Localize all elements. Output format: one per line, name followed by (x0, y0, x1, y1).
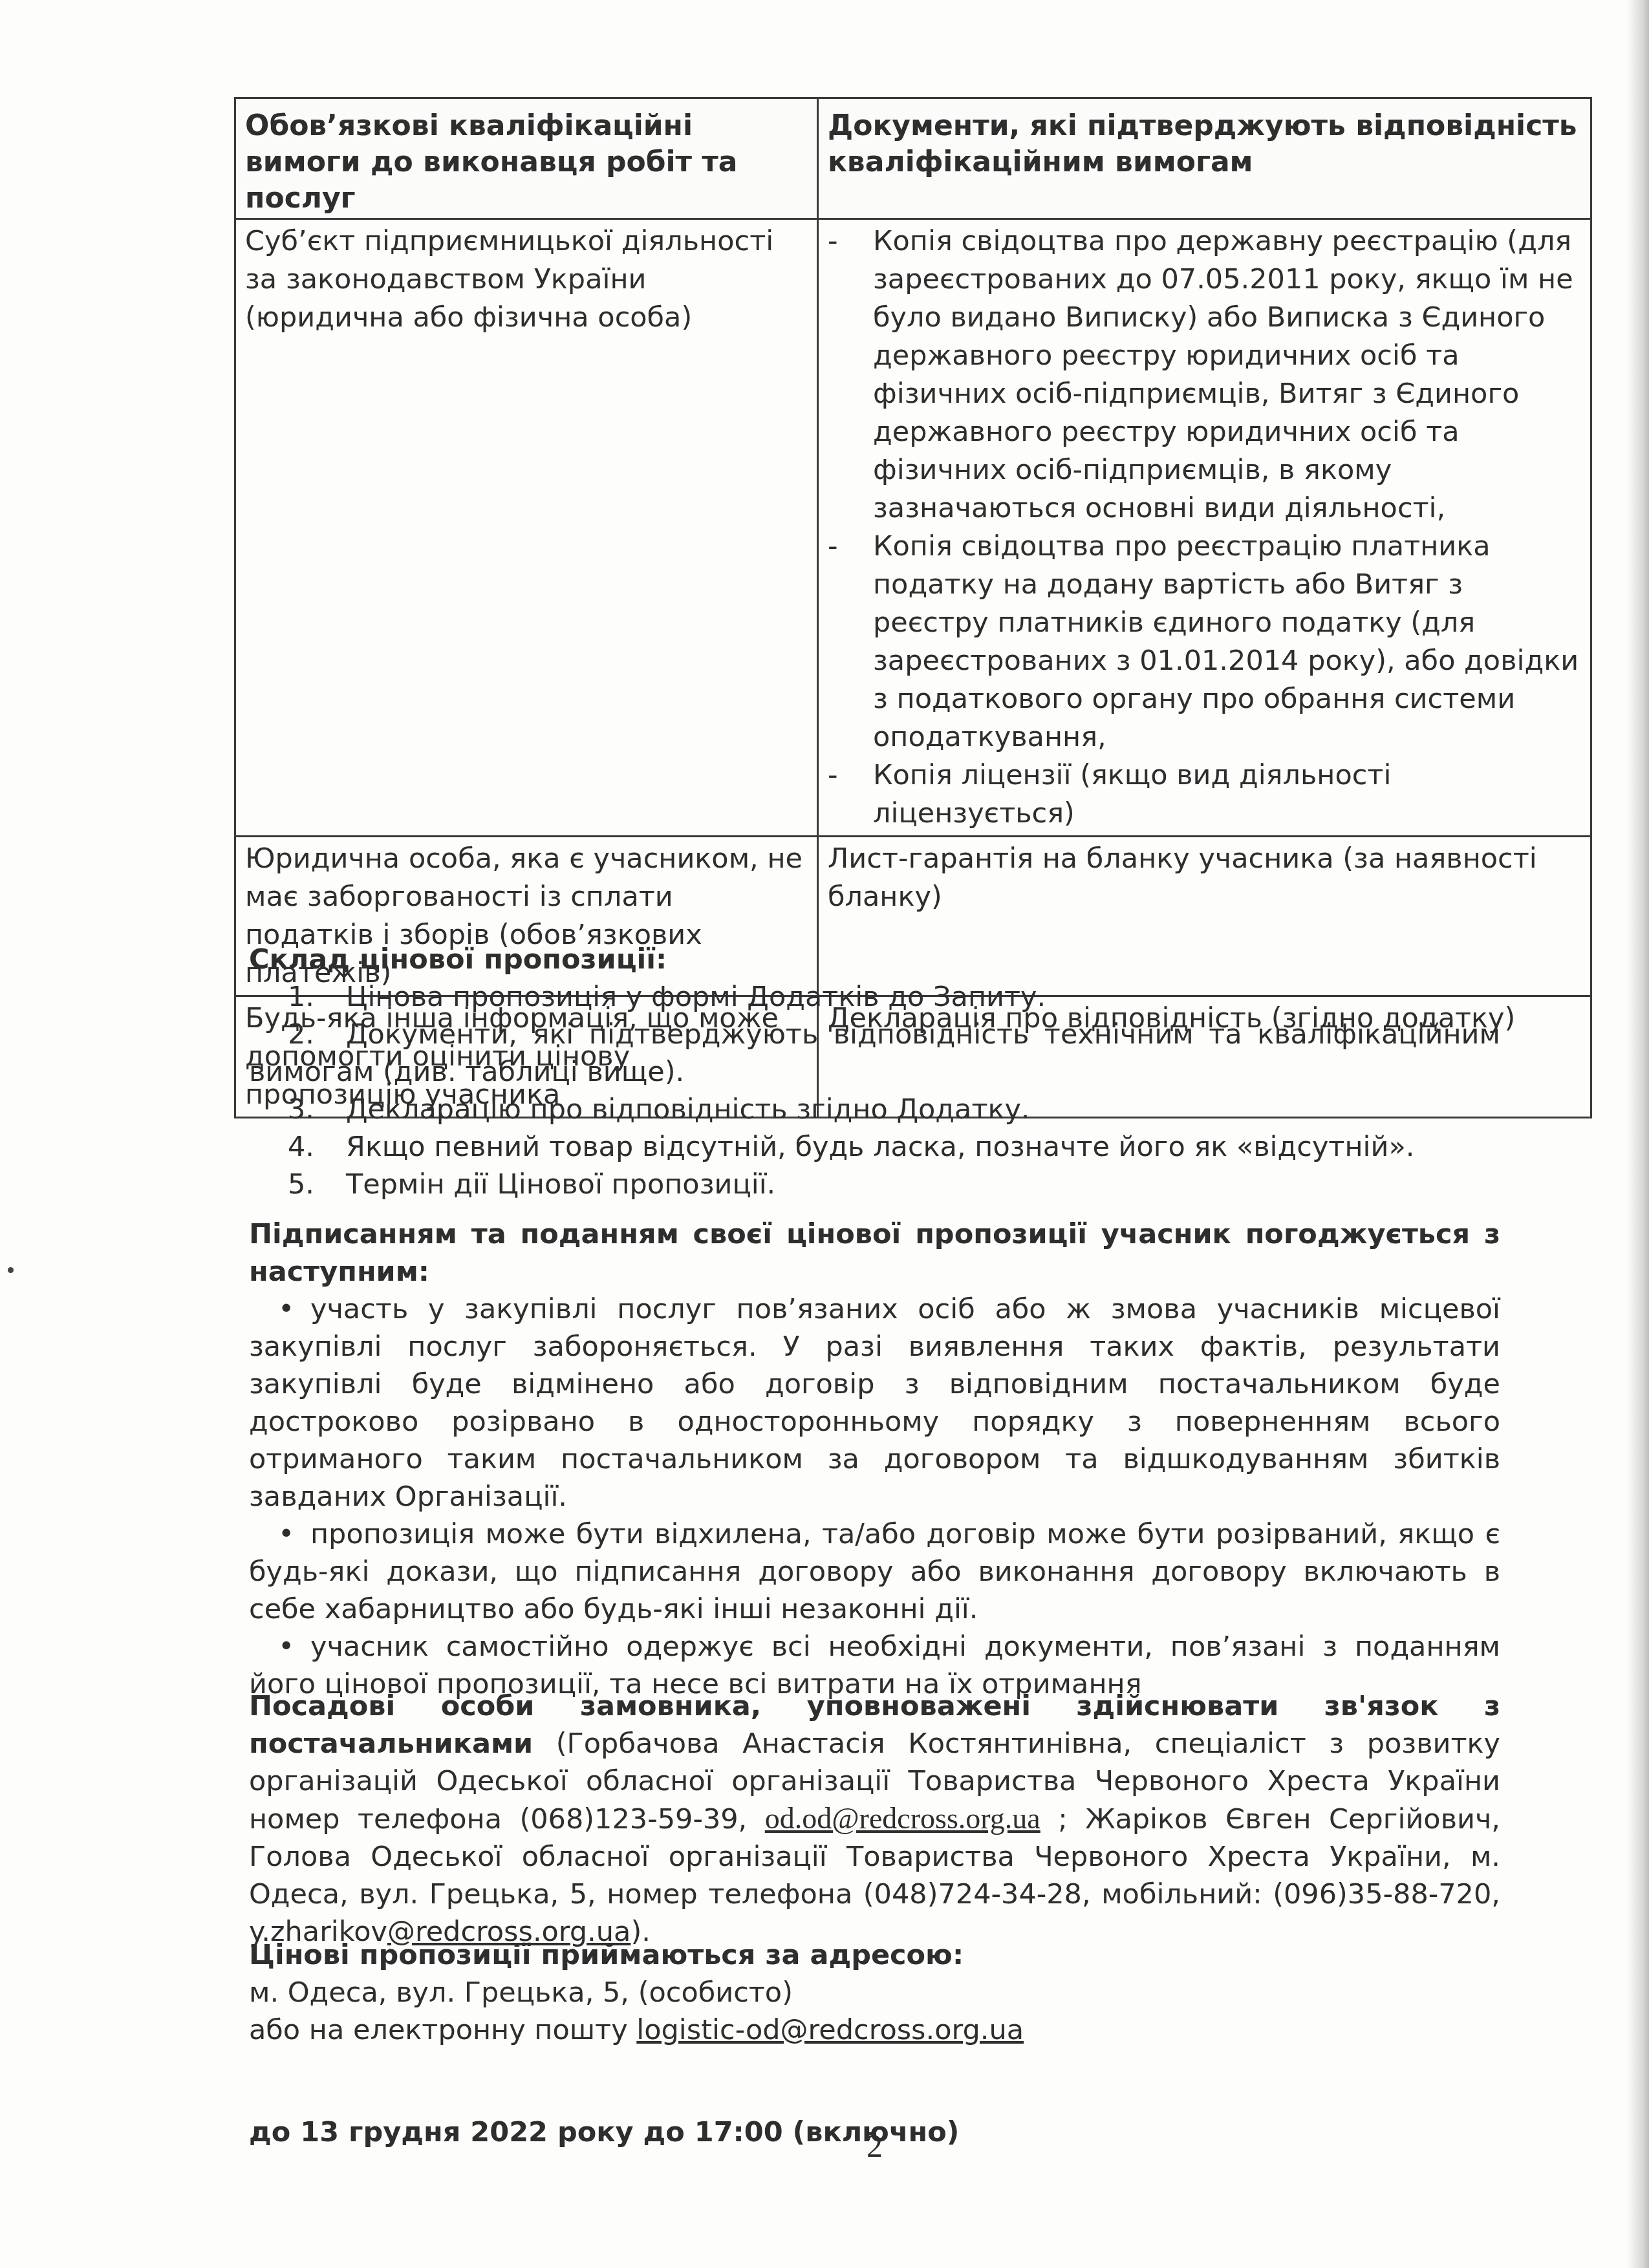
list-item: 2.Документи, які підтверджують відповідн… (249, 1016, 1500, 1091)
submission-address: м. Одеса, вул. Грецька, 5, (особисто) (249, 1974, 1500, 2011)
header-documents: Документи, які підтверджують відповідніс… (818, 98, 1591, 219)
list-item: 3.Декларацію про відповідність згідно До… (249, 1091, 1500, 1128)
table-row: Суб’єкт підприємницької діяльності за за… (235, 219, 1591, 837)
dash-bullet: - (828, 222, 838, 261)
bullet-icon: • (278, 1515, 310, 1553)
composition-title: Склад цінової пропозиції: (249, 941, 1500, 978)
scan-speck (8, 1267, 14, 1273)
composition-section: Склад цінової пропозиції: 1.Цінова пропо… (249, 941, 1500, 1203)
agreement-title: Підписанням та поданням своєї цінової пр… (249, 1215, 1500, 1290)
agreement-section: Підписанням та поданням своєї цінової пр… (249, 1215, 1500, 1703)
email-link-logistic[interactable]: logistic-od@redcross.org.ua (636, 2014, 1024, 2046)
document-item: -Копія свідоцтва про реєстрацію платника… (828, 528, 1581, 756)
requirement-cell: Суб’єкт підприємницької діяльності за за… (235, 219, 818, 837)
submission-title: Цінові пропозиції приймаються за адресою… (249, 1936, 1500, 1974)
agreement-list: •участь у закупівлі послуг пов’язаних ос… (249, 1290, 1500, 1703)
bullet-icon: • (278, 1290, 310, 1328)
documents-list: -Копія свідоцтва про державну реєстрацію… (828, 222, 1581, 833)
dash-bullet: - (828, 756, 838, 795)
list-item: •участь у закупівлі послуг пов’язаних ос… (249, 1290, 1500, 1515)
table-header-row: Обов’язкові кваліфікаційні вимоги до вик… (235, 98, 1591, 219)
page-number: 2 (867, 2127, 883, 2165)
submission-email-line: або на електронну пошту logistic-od@redc… (249, 2011, 1500, 2049)
documents-cell: -Копія свідоцтва про державну реєстрацію… (818, 219, 1591, 837)
list-item: 4.Якщо певний товар відсутній, будь ласк… (249, 1128, 1500, 1166)
submission-section: Цінові пропозиції приймаються за адресою… (249, 1936, 1500, 2151)
dash-bullet: - (828, 528, 838, 566)
header-requirements: Обов’язкові кваліфікаційні вимоги до вик… (235, 98, 818, 219)
document-item: -Копія ліцензії (якщо вид діяльності ліц… (828, 756, 1581, 833)
list-item: 1.Цінова пропозиція у формі Додатків до … (249, 978, 1500, 1016)
document-item: -Копія свідоцтва про державну реєстрацію… (828, 222, 1581, 528)
list-item: •пропозиція може бути відхилена, та/або … (249, 1515, 1500, 1628)
contacts-section: Посадові особи замовника, уповноважені з… (249, 1687, 1500, 1951)
bullet-icon: • (278, 1628, 310, 1665)
composition-list: 1.Цінова пропозиція у формі Додатків до … (249, 978, 1500, 1203)
list-item: 5.Термін дії Цінової пропозиції. (249, 1166, 1500, 1203)
scan-page-edge (1627, 0, 1649, 2268)
email-link-od[interactable]: od.od@redcross.org.ua (765, 1802, 1040, 1835)
